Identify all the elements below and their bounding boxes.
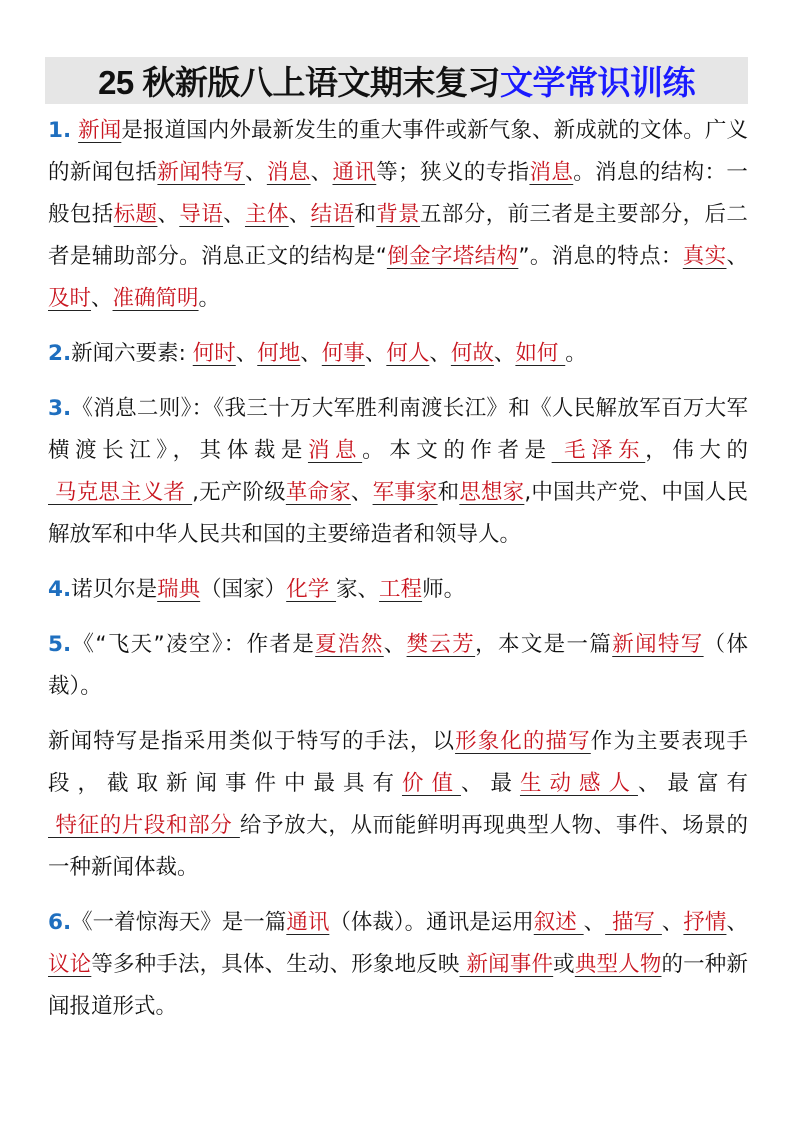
answer-blank: 导语	[179, 202, 223, 227]
item-number: 5.	[48, 632, 71, 657]
answer-blank: 描写	[605, 910, 662, 935]
answer-blank: 准确简明	[113, 286, 199, 311]
text: ,无产阶级	[192, 480, 286, 505]
text: 、最	[461, 771, 520, 796]
text: 《“飞天”凌空》：作者是	[71, 632, 315, 657]
item-4: 4.诺贝尔是瑞典（国家）化学 家、工程师。	[48, 569, 748, 611]
text: 和	[438, 480, 460, 505]
answer-blank: 真实	[683, 244, 727, 269]
text: 、	[584, 910, 606, 935]
answer-blank: 倒金字塔结构	[387, 244, 518, 269]
item-number: 1.	[48, 118, 71, 143]
answer-blank: 思想家	[459, 480, 524, 505]
answer-blank: 新闻特写	[612, 632, 703, 657]
page-title: 25 秋新版八上语文期末复习文学常识训练	[45, 57, 748, 104]
text: 《一着惊海天》是一篇	[71, 910, 286, 935]
answer-blank: 新闻	[78, 118, 121, 143]
text: 家、	[336, 577, 379, 602]
answer-blank: 结语	[311, 202, 355, 227]
text: 新闻六要素:	[71, 341, 193, 366]
answer-blank: 革命家	[286, 480, 351, 505]
answer-blank: 叙述	[534, 910, 584, 935]
text: 、	[429, 341, 451, 366]
answer-blank: 标题	[114, 202, 158, 227]
text: 、	[351, 480, 373, 505]
answer-blank: 通讯	[333, 160, 377, 185]
answer-blank: 消息	[529, 160, 573, 185]
document-body: 1. 新闻是报道国内外最新发生的重大事件或新气象、新成就的文体。广义的新闻包括新…	[48, 110, 748, 1041]
item-6: 6.《一着惊海天》是一篇通讯（体裁）。通讯是运用叙述 、 描写 、抒情、议论等多…	[48, 902, 748, 1028]
text: ，本文是一篇	[475, 632, 612, 657]
text: 、	[726, 244, 748, 269]
answer-blank: 化学	[286, 577, 336, 602]
text: 、	[494, 341, 516, 366]
answer-blank: 典型人物	[575, 952, 662, 977]
item-5-feature-definition: 新闻特写是指采用类似于特写的手法，以形象化的描写作为主要表现手段，截取新闻事件中…	[48, 721, 748, 889]
text: 诺贝尔是	[71, 577, 157, 602]
item-number: 2.	[48, 341, 71, 366]
text: （体裁）。通讯是运用	[329, 910, 533, 935]
answer-blank: 价值	[402, 771, 461, 796]
answer-blank: 毛泽东	[552, 438, 646, 463]
text: 、	[384, 632, 407, 657]
answer-blank: 瑞典	[157, 577, 200, 602]
item-number: 3.	[48, 396, 71, 421]
answer-blank: 军事家	[373, 480, 438, 505]
answer-blank: 夏浩然	[315, 632, 384, 657]
text: 、	[662, 910, 684, 935]
text: 、	[236, 341, 258, 366]
title-highlight: 文学常识训练	[500, 57, 695, 104]
answer-blank: 新闻特写	[157, 160, 245, 185]
text: 新闻特写是指采用类似于特写的手法，以	[48, 729, 455, 754]
answer-blank: 议论	[48, 952, 91, 977]
text: 或	[553, 952, 575, 977]
text: 、最富有	[638, 771, 748, 796]
text: 、	[311, 160, 333, 185]
answer-blank: 形象化的描写	[455, 729, 591, 754]
answer-blank: 消息	[308, 438, 362, 463]
text: 等多种手法，具体、生动、形象地反映	[91, 952, 459, 977]
text: 、	[365, 341, 387, 366]
text: 。	[199, 286, 221, 311]
answer-blank: 特征的片段和部分	[48, 813, 240, 838]
text: （国家）	[200, 577, 286, 602]
answer-blank: 樊云芳	[407, 632, 476, 657]
text: 、	[91, 286, 113, 311]
text: ，伟大的	[645, 438, 748, 463]
item-2: 2.新闻六要素: 何时、何地、何事、何人、何故、如何 。	[48, 333, 748, 375]
answer-blank: 何人	[386, 341, 429, 366]
answer-blank: 主体	[245, 202, 289, 227]
answer-blank: 工程	[379, 577, 422, 602]
text: 、	[289, 202, 311, 227]
item-number: 4.	[48, 577, 71, 602]
text: 、	[300, 341, 322, 366]
answer-blank: 消息	[267, 160, 311, 185]
text: 。	[565, 341, 587, 366]
text: ”。消息的特点：	[518, 244, 682, 269]
text: 和	[354, 202, 376, 227]
text: 。本文的作者是	[362, 438, 552, 463]
answer-blank: 何时	[193, 341, 236, 366]
answer-blank: 如何	[515, 341, 565, 366]
item-3: 3.《消息二则》：《我三十万大军胜利南渡长江》和《人民解放军百万大军横渡长江》，…	[48, 388, 748, 556]
answer-blank: 生动感人	[520, 771, 638, 796]
answer-blank: 马克思主义者	[48, 480, 192, 505]
text: 、	[245, 160, 267, 185]
item-1: 1. 新闻是报道国内外最新发生的重大事件或新气象、新成就的文体。广义的新闻包括新…	[48, 110, 748, 320]
item-5: 5.《“飞天”凌空》：作者是夏浩然、樊云芳，本文是一篇新闻特写（体裁）。	[48, 624, 748, 708]
text: 等；狭义的专指	[376, 160, 529, 185]
answer-blank: 通讯	[286, 910, 329, 935]
answer-blank: 何地	[257, 341, 300, 366]
text: 、	[157, 202, 179, 227]
answer-blank: 及时	[48, 286, 91, 311]
text: 、	[223, 202, 245, 227]
title-main: 25 秋新版八上语文期末复习	[98, 57, 500, 104]
answer-blank: 何故	[451, 341, 494, 366]
answer-blank: 抒情	[683, 910, 726, 935]
answer-blank: 何事	[322, 341, 365, 366]
item-number: 6.	[48, 910, 71, 935]
text: 师。	[422, 577, 465, 602]
answer-blank: 新闻事件	[460, 952, 554, 977]
text: 、	[726, 910, 748, 935]
answer-blank: 背景	[376, 202, 420, 227]
